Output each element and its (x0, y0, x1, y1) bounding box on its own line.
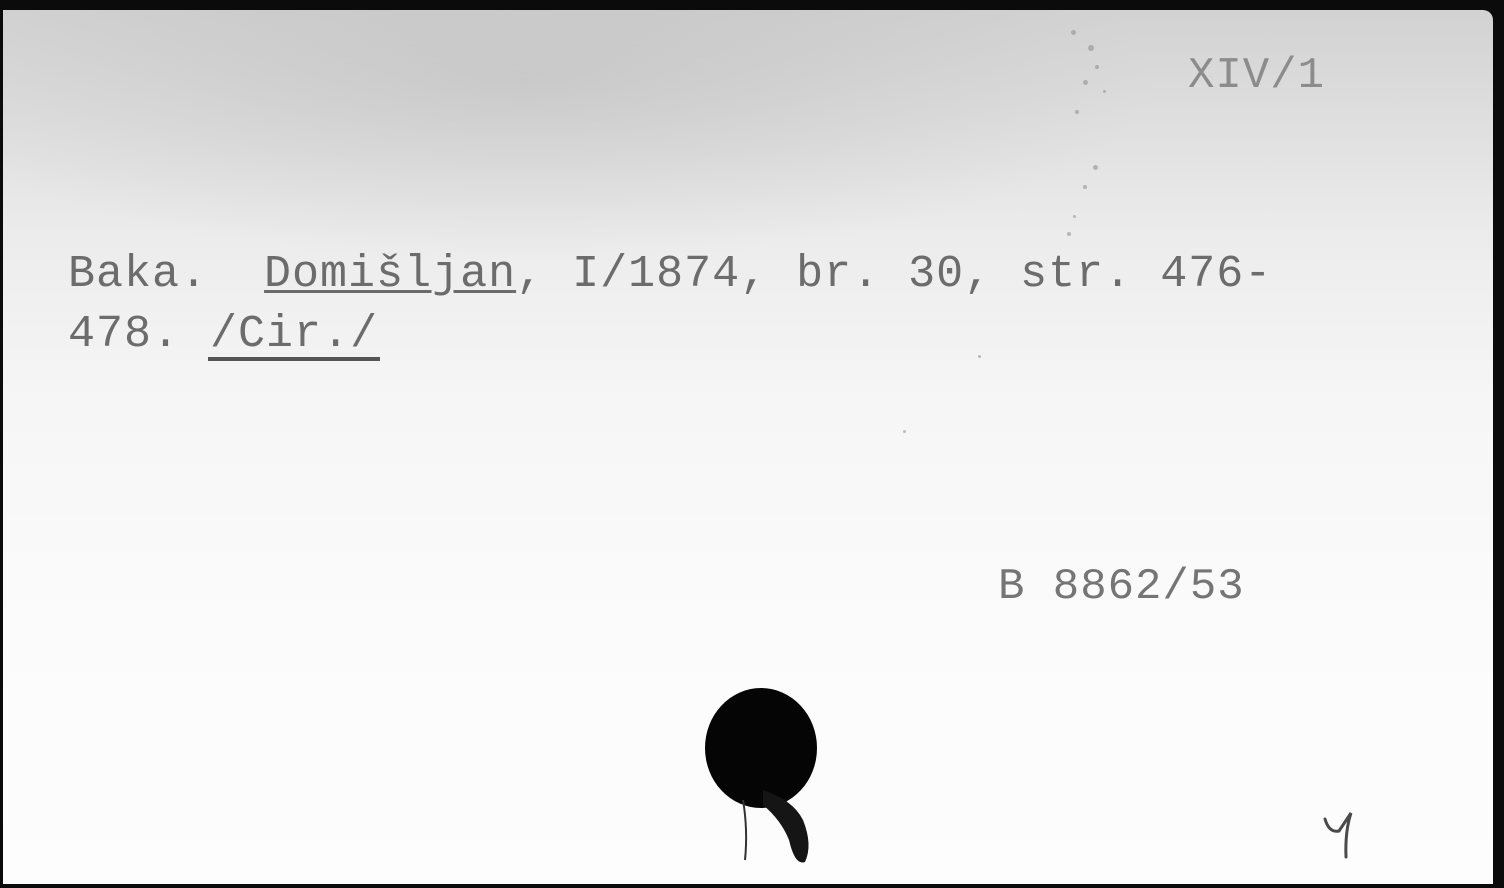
accession-number: B 8862/53 (998, 565, 1245, 609)
script-note: /Cir./ (208, 312, 380, 361)
entry-line-2: 478. /Cir./ (68, 312, 380, 361)
entry-pages-end: 478. (68, 309, 180, 360)
call-number: XIV/1 (1188, 54, 1325, 98)
entry-author: Baka. (68, 249, 208, 300)
entry-title: Domišljan (264, 249, 516, 300)
entry-line-1: Baka. Domišljan, I/1874, br. 30, str. 47… (68, 252, 1272, 297)
handwritten-mark-icon (1321, 807, 1361, 867)
entry-citation: , I/1874, br. 30, str. 476- (516, 249, 1272, 300)
punch-hole-icon (703, 680, 843, 880)
catalog-card: XIV/1 Baka. Domišljan, I/1874, br. 30, s… (3, 10, 1493, 884)
